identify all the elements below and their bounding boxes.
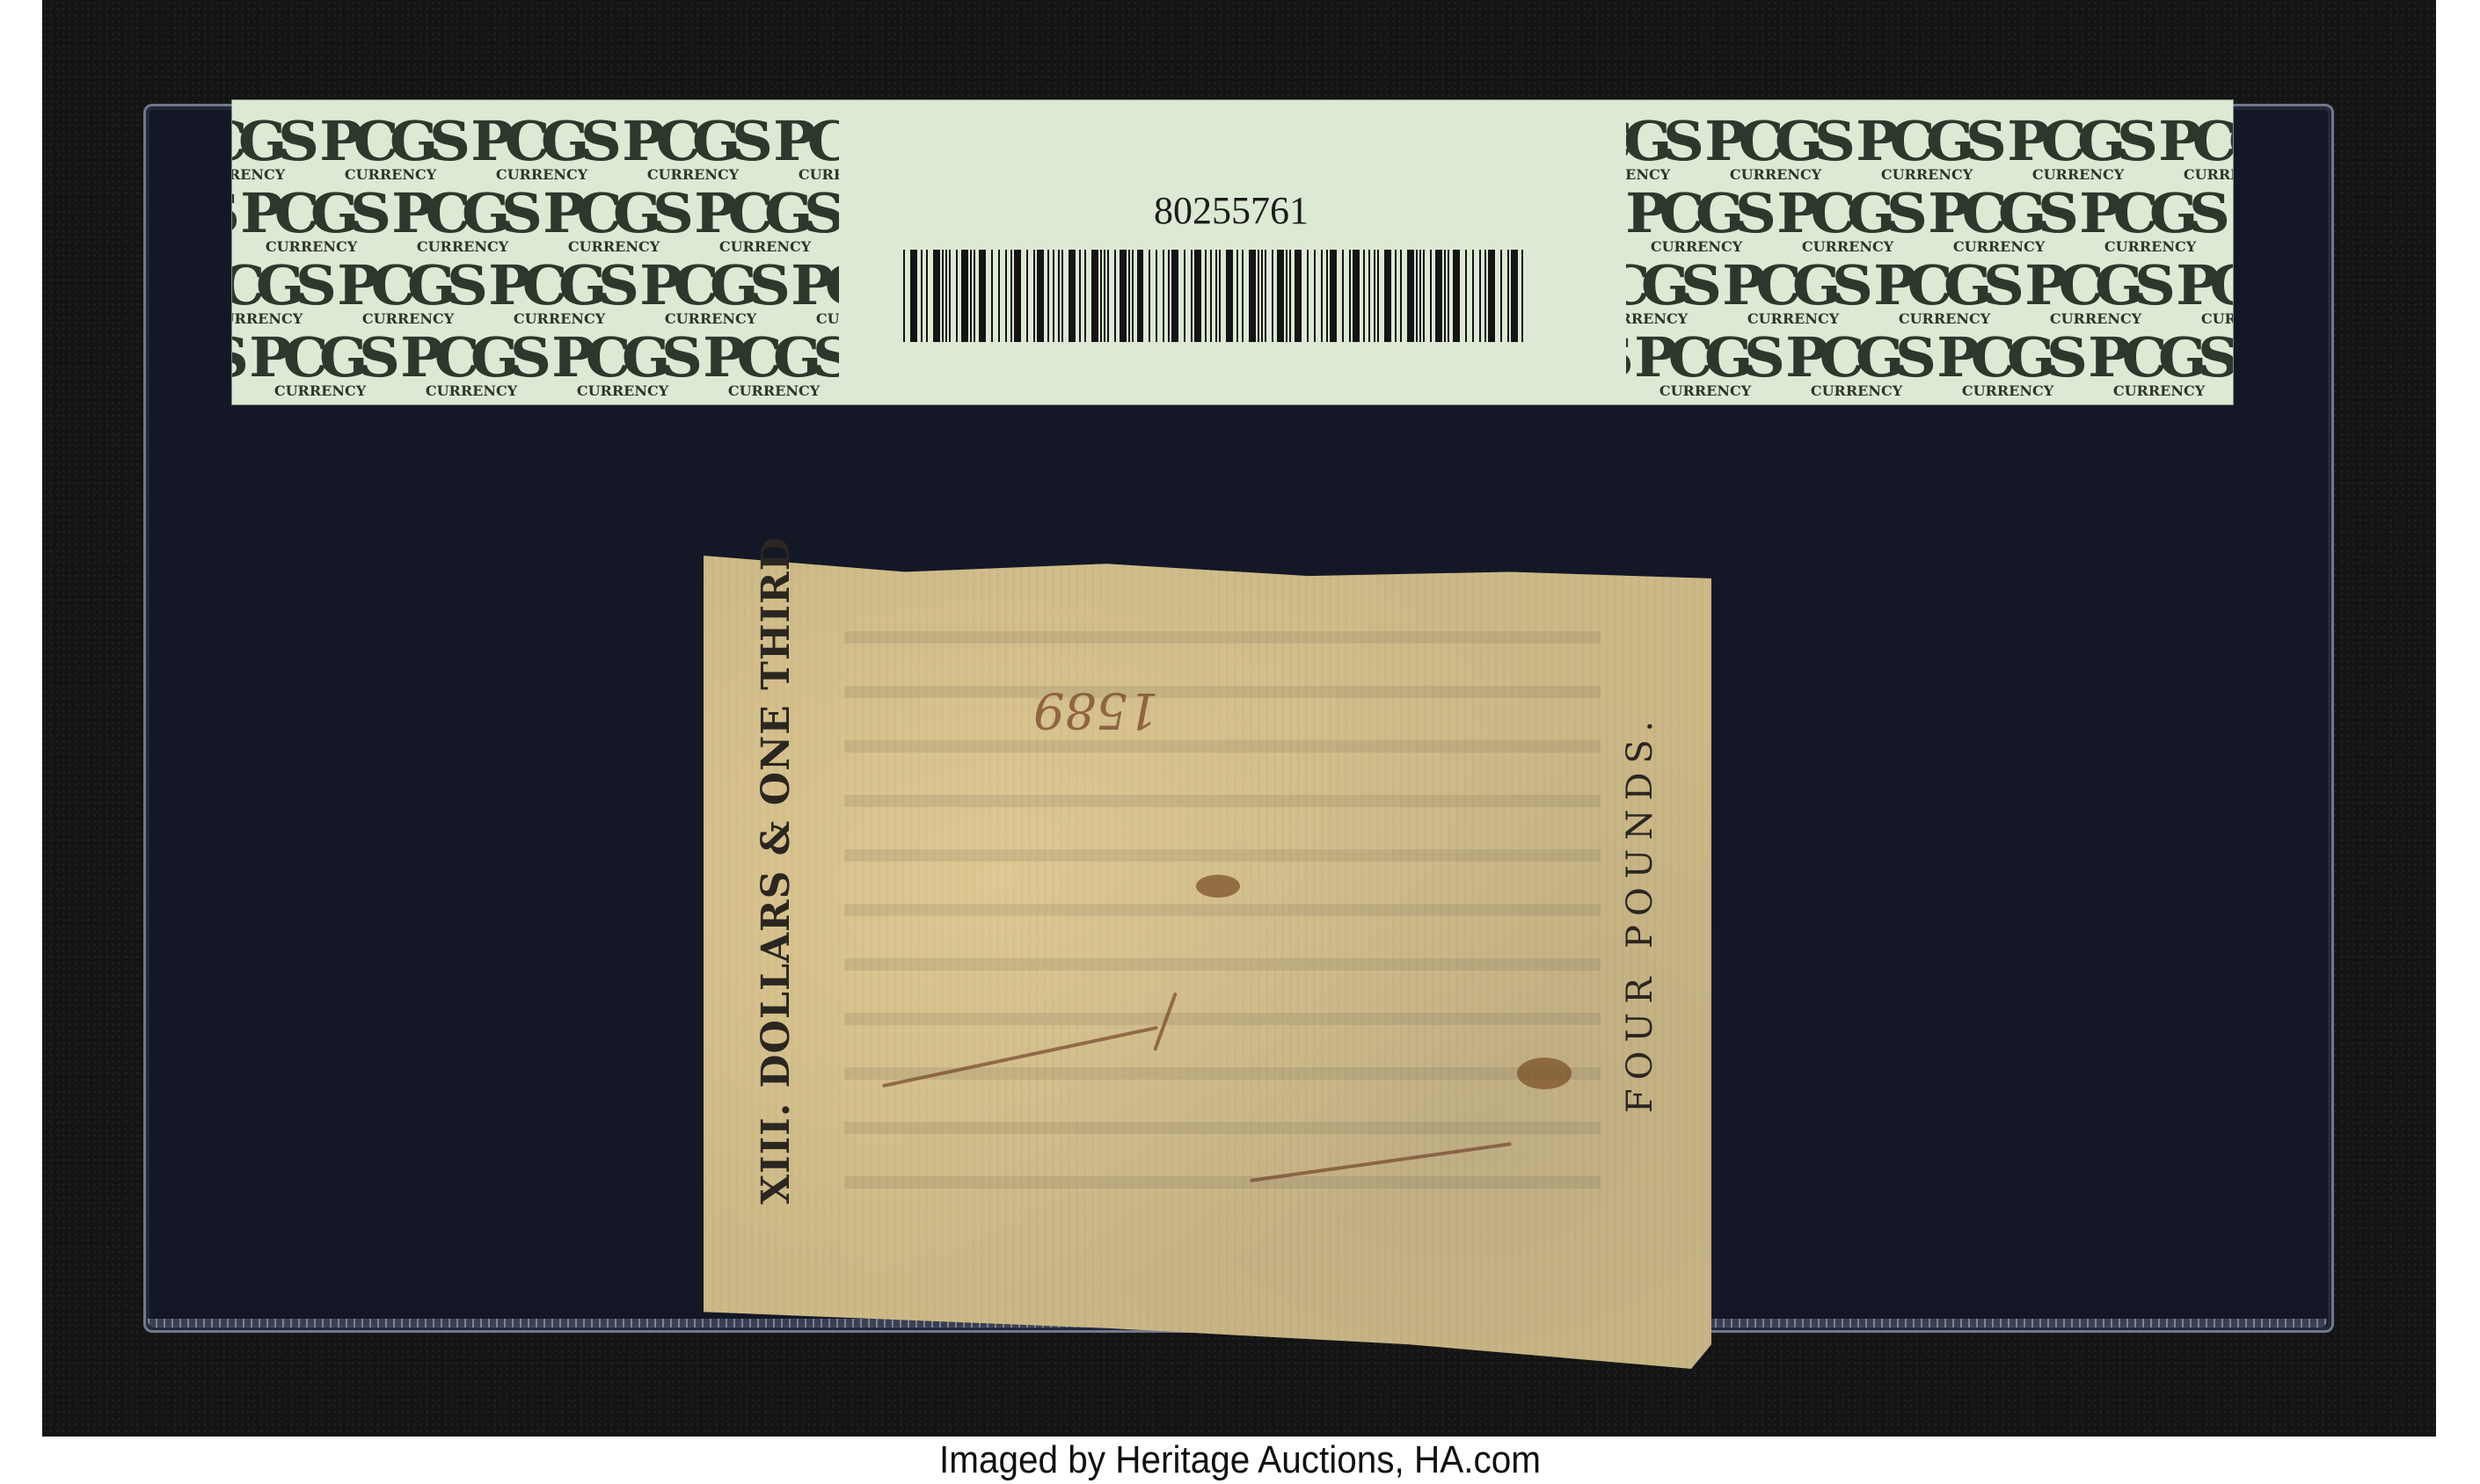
serial-number: 80255761 [1133, 188, 1330, 233]
pcgs-logo: PCGSCURRENCY [1626, 260, 1702, 327]
logo-row: PCGSCURRENCYPCGSCURRENCYPCGSCURRENCYPCGS… [1626, 188, 2233, 255]
pcgs-logo: PCGSCURRENCY [348, 260, 468, 327]
pcgs-logo: PCGSCURRENCY [232, 260, 317, 327]
barcode [903, 250, 1526, 342]
grading-label: PCGSCURRENCYPCGSCURRENCYPCGSCURRENCYPCGS… [232, 100, 2233, 404]
logo-row: PCGSCURRENCYPCGSCURRENCYPCGSCURRENCYPCGS… [1626, 332, 2233, 399]
pcgs-logo: PCGSCURRENCY [2099, 332, 2219, 399]
pcgs-logo: PCGSCURRENCY [1885, 260, 2004, 327]
denomination-dollars-text: XIII. DOLLARS & ONE THIRD [754, 571, 798, 1204]
denomination-pounds-text: FOUR POUNDS. [1620, 684, 1662, 1141]
pcgs-logo: PCGSCURRENCY [2018, 116, 2138, 183]
pcgs-logo: PCGSCURRENCY [232, 116, 299, 183]
pcgs-logo: PCGSCURRENCY [331, 116, 450, 183]
pcgs-logo: PCGSCURRENCY [802, 260, 839, 327]
image-credit-caption: Imaged by Heritage Auctions, HA.com [99, 1437, 2381, 1484]
pcgs-logo: PCGSCURRENCY [2090, 188, 2210, 255]
pcgs-logo: PCGSCURRENCY [1788, 188, 1907, 255]
pcgs-logo: PCGSCURRENCY [252, 188, 371, 255]
pcgs-logo: PCGSCURRENCY [1626, 116, 1684, 183]
pcgs-logo: PCGSCURRENCY [482, 116, 602, 183]
pcgs-logo: PCGSCURRENCY [2170, 116, 2233, 183]
pcgs-logo: PCGSCURRENCY [500, 260, 619, 327]
pcgs-logo: PCGSCURRENCY [2187, 260, 2233, 327]
logo-row: PCGSCURRENCYPCGSCURRENCYPCGSCURRENCYPCGS… [232, 332, 839, 399]
pcgs-logo: PCGSCURRENCY [260, 332, 380, 399]
logo-row: PCGSCURRENCYPCGSCURRENCYPCGSCURRENCYPCGS… [232, 260, 839, 327]
handwritten-serial: 1589 [1033, 681, 1159, 738]
stain-right [1517, 1058, 1572, 1089]
pcgs-logo: PCGSCURRENCY [705, 188, 825, 255]
pcgs-logo: PCGSCURRENCY [1797, 332, 1916, 399]
logo-pattern-left: PCGSCURRENCYPCGSCURRENCYPCGSCURRENCYPCGS… [232, 100, 839, 404]
pcgs-logo: PCGSCURRENCY [1948, 332, 2068, 399]
logo-row: PCGSCURRENCYPCGSCURRENCYPCGSCURRENCYPCGS… [1626, 116, 2233, 183]
pcgs-logo: PCGSCURRENCY [1939, 188, 2059, 255]
logo-pattern-right: PCGSCURRENCYPCGSCURRENCYPCGSCURRENCYPCGS… [1626, 100, 2233, 404]
pcgs-logo: PCGSCURRENCY [1716, 116, 1835, 183]
pcgs-logo: PCGSCURRENCY [784, 116, 839, 183]
pcgs-logo: PCGSCURRENCY [554, 188, 674, 255]
pcgs-logo: PCGSCURRENCY [633, 116, 753, 183]
pcgs-logo: PCGSCURRENCY [1637, 188, 1756, 255]
logo-row: PCGSCURRENCYPCGSCURRENCYPCGSCURRENCYPCGS… [232, 188, 839, 255]
pcgs-logo: PCGSCURRENCY [1733, 260, 1853, 327]
pcgs-logo: PCGSCURRENCY [651, 260, 770, 327]
pcgs-logo: PCGSCURRENCY [563, 332, 682, 399]
logo-row: PCGSCURRENCYPCGSCURRENCYPCGSCURRENCYPCGS… [232, 116, 839, 183]
pcgs-logo: PCGSCURRENCY [412, 332, 531, 399]
pcgs-logo: PCGSCURRENCY [1867, 116, 1987, 183]
pcgs-logo: PCGSCURRENCY [2036, 260, 2155, 327]
stain-center [1196, 875, 1240, 898]
logo-row: PCGSCURRENCYPCGSCURRENCYPCGSCURRENCYPCGS… [1626, 260, 2233, 327]
pcgs-logo: PCGSCURRENCY [403, 188, 522, 255]
bleed-through-print [844, 615, 1601, 1231]
pcgs-logo: PCGSCURRENCY [1645, 332, 1765, 399]
pcgs-logo: PCGSCURRENCY [714, 332, 834, 399]
